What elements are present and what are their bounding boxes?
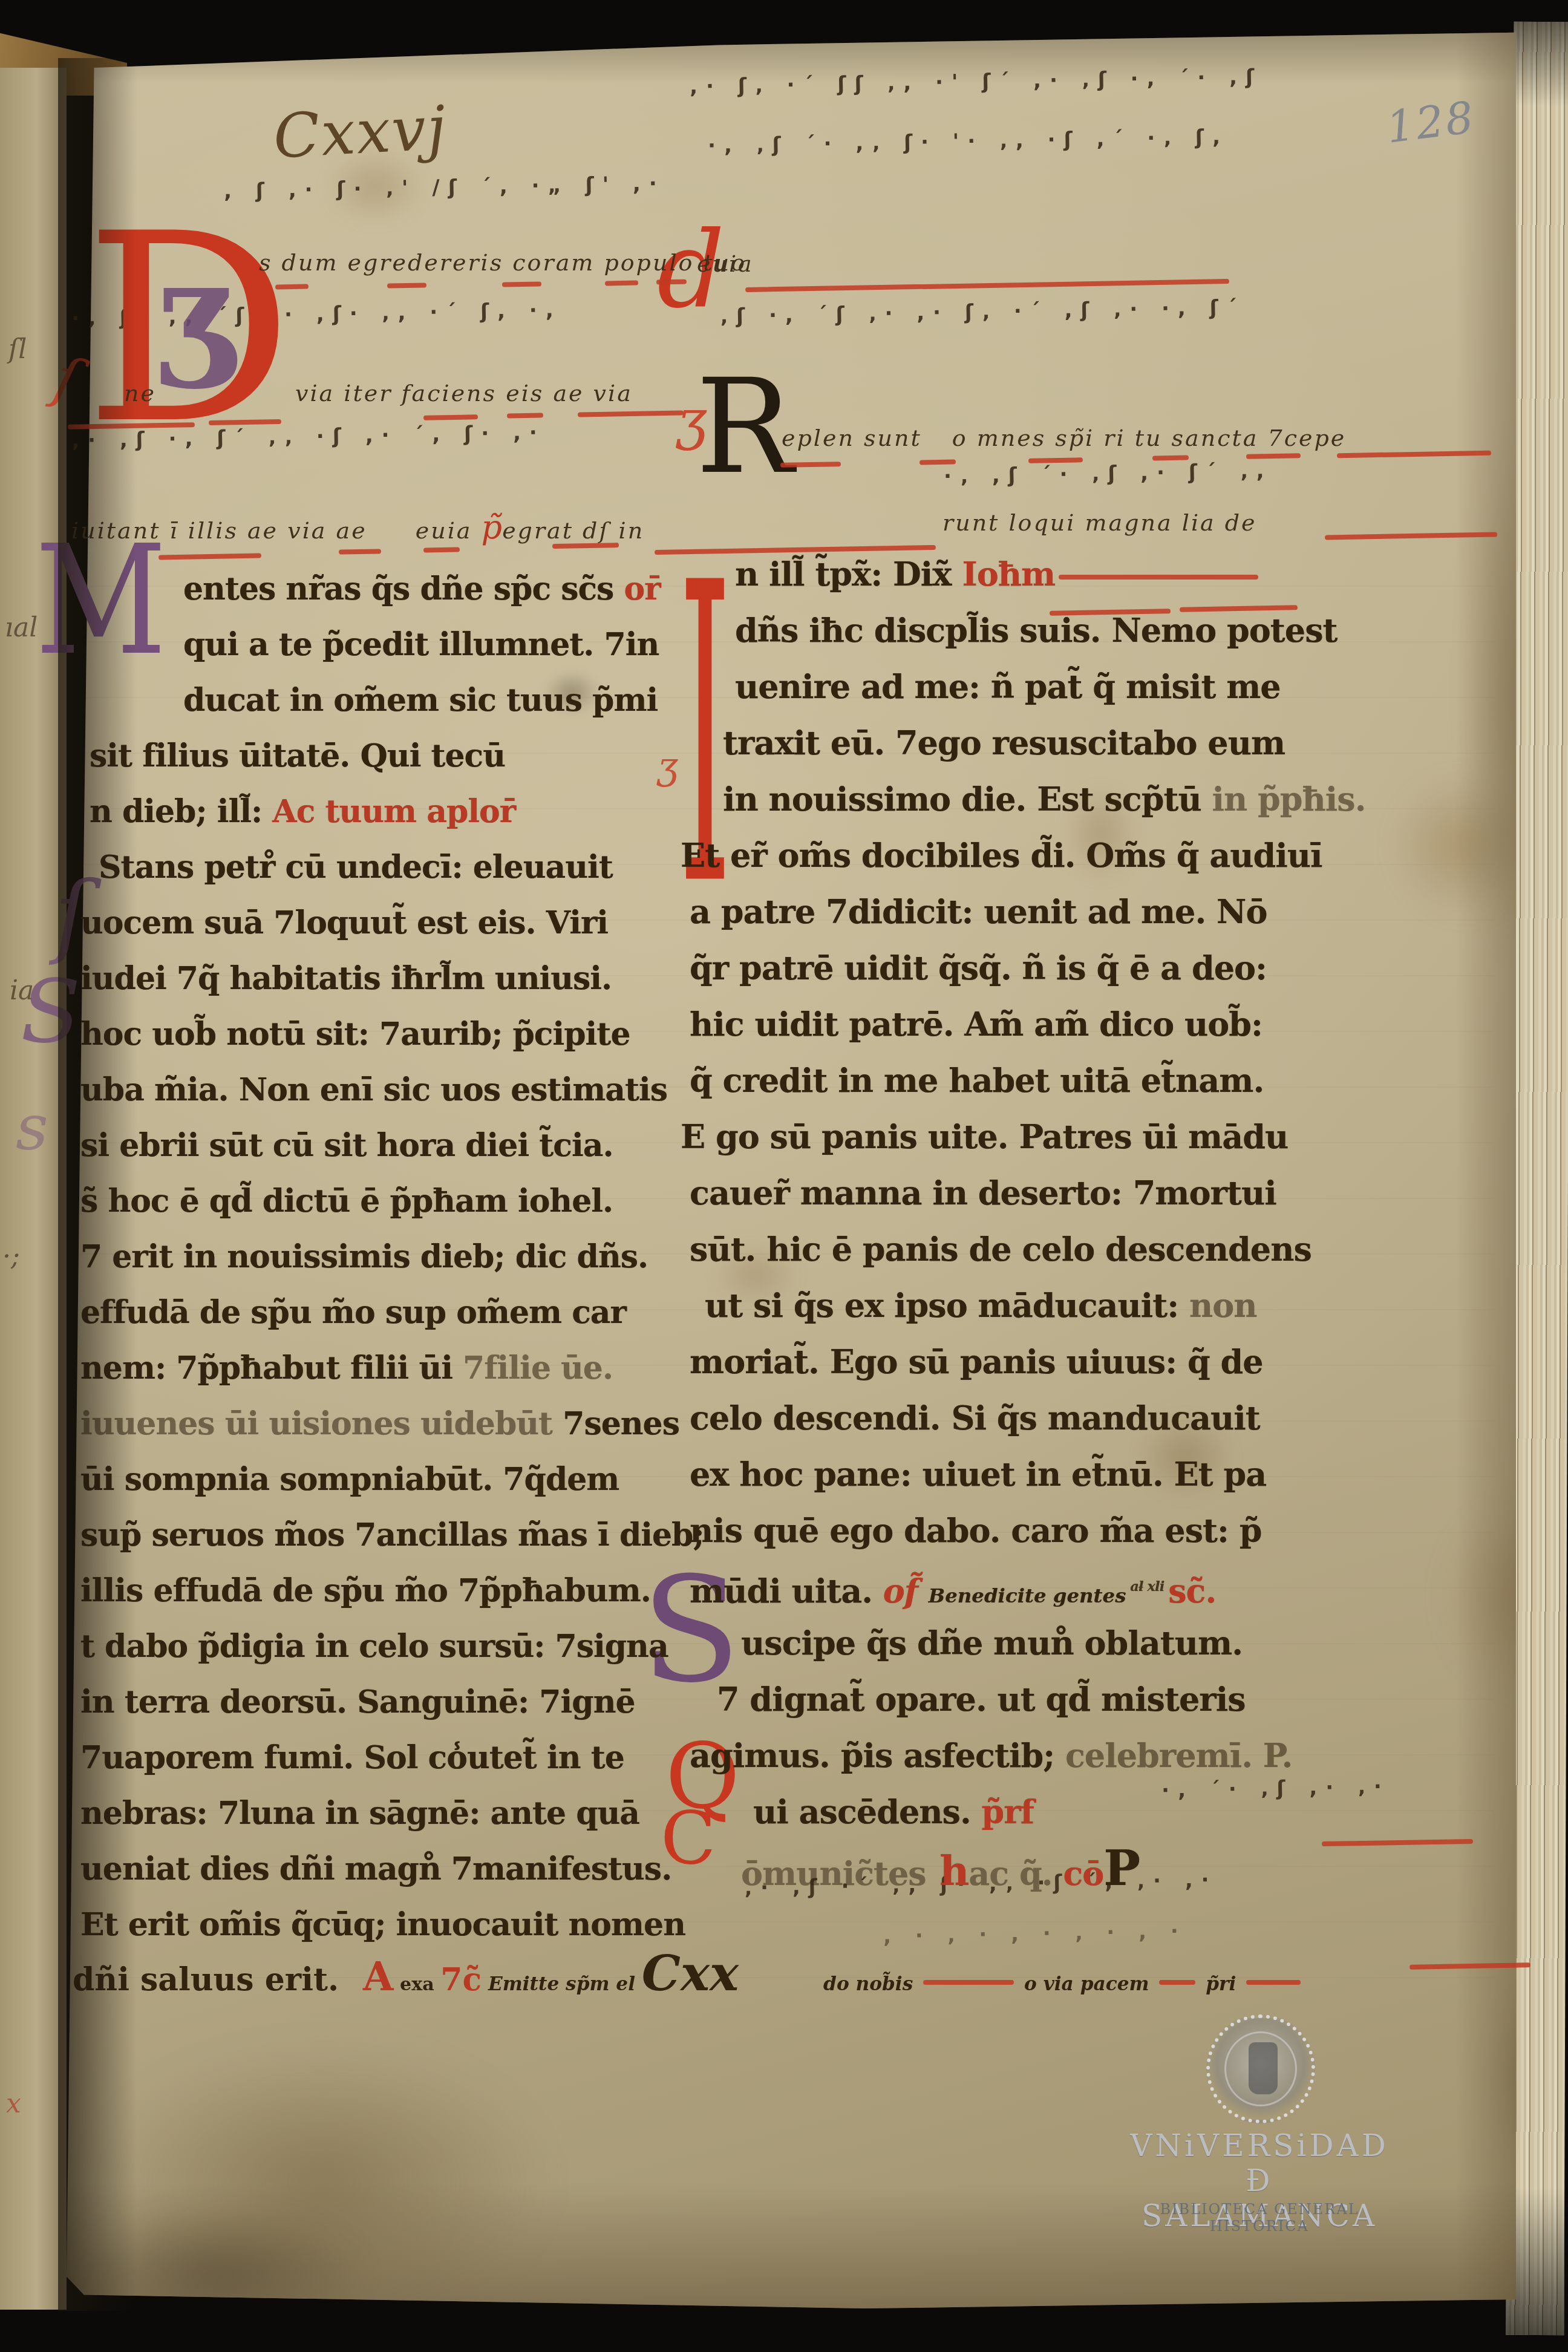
text-run: ducat in om̃em sic tuus p̃mi [183, 682, 658, 719]
text-line: q̃r patrē uidit q̃sq̃. ñ is q̃ ē a deo: [681, 940, 1503, 996]
text-line: s̃ hoc ē qd̃ dictū ē p̃pħam iohel. [80, 1174, 673, 1229]
text-line: ducat in om̃em sic tuus p̃mi [80, 673, 673, 728]
right-text-column: n ill̃ t̃px̃: Dix̃ Ioħmdñs iħc discpl̃is… [681, 546, 1503, 1896]
text-run: si ebrii sūt cū sit hora diei t̃cia. [80, 1127, 613, 1164]
text-run: 7senes [563, 1405, 679, 1442]
text-run: ut si q̃s ex ipso māducauit: [705, 1286, 1189, 1325]
text-line: ut si q̃s ex ipso māducauit: non [681, 1278, 1503, 1334]
text-run: p̃rf [982, 1792, 1034, 1831]
chant-text-line: s dum egredereris coram populo tuo [259, 249, 746, 276]
text-run: ex hoc pane: uiuet in et̃nū. Et pa [690, 1455, 1266, 1494]
text-run: Et er̃ om̃s docibiles d̃i. Om̃s q̃ audiu… [681, 836, 1322, 875]
text-run: entes nr̃as q̃s dñe sp̃c sc̃s [183, 570, 624, 607]
text-run: E go sū panis uite. Patres ūi mādu [681, 1117, 1288, 1156]
red-staff-line [502, 281, 541, 287]
text-run: Et erit om̃is q̃cūq; inuocauit nomen [80, 1906, 685, 1943]
text-run: p̃ [482, 508, 503, 546]
text-run: s̃ hoc ē qd̃ dictū ē p̃pħam iohel. [80, 1183, 613, 1220]
red-staff-line [745, 279, 1229, 292]
text-line: uscipe q̃s dñe mun̊ oblatum. [681, 1615, 1503, 1671]
text-line: Stans petr̊ cū undecī: eleuauit [80, 840, 673, 895]
red-staff-line [158, 554, 261, 560]
text-line: hoc uob̃ notū sit: 7aurib; p̃cipite [80, 1007, 673, 1062]
red-staff-line [339, 549, 381, 554]
text-run: n dieb; ill̃: [90, 793, 272, 830]
text-run: ōmunic̃tes [741, 1854, 926, 1893]
text-line: sit filius ūitatē. Qui tecū [80, 728, 673, 784]
text-run: uocem suā 7loquut̃ est eis. Viri [80, 904, 608, 941]
text-run: P [1103, 1840, 1140, 1897]
text-run: n ill̃ t̃px̃: Dix̃ [735, 555, 962, 593]
text-run: q̃ credit in me habet uitā et̃nam. [690, 1061, 1264, 1100]
text-run: iuuenes ūi uisiones uidebūt [80, 1405, 563, 1442]
neume-row: ‚ʃ ·, ´ʃ ‚· ,· ʃ‚ ·´ ,ʃ ‚· ·, ʃ´ [720, 291, 1501, 329]
text-run: qui a te p̃cedit illumnet. 7in [183, 626, 659, 663]
text-run: dñi saluus erit. [73, 1961, 339, 1998]
text-run [1059, 575, 1258, 580]
text-run: Stans petr̊ cū undecī: eleuauit [99, 849, 613, 886]
red-staff-line [1152, 455, 1189, 460]
text-run: ueniat dies dñi magn̊ 7manifestus. [80, 1851, 671, 1887]
text-run: agimus. p̃is asfectib; [690, 1736, 1065, 1775]
text-run: hic uidit patrē. Am̃ am̃ dico uob̃: [690, 1005, 1263, 1044]
initial-D-flourish: ſ [49, 349, 83, 410]
text-run: h [926, 1847, 969, 1895]
red-staff-line [552, 543, 619, 549]
text-line: traxit eū. 7ego resuscitabo eum [681, 715, 1503, 771]
text-run: traxit eū. 7ego resuscitabo eum [723, 724, 1285, 762]
text-run: ui ascēdens. [753, 1792, 982, 1831]
neume-row: ·, ‚ʃ ´· ,‚ ʃ· '· ‚, ·ʃ ,´ ·‚ ʃ, [708, 120, 1495, 158]
text-run: celebremī. P. [1065, 1736, 1292, 1775]
text-run: in nouissimo die. Est scp̃tū [723, 780, 1212, 818]
manuscript-photo: ſlıalia·;x Cxxvj 128 , ʃ ,· ʃ· ‚' /ʃ ´, … [0, 0, 1568, 2352]
text-run: o mnes sp̃i ri tu sancta 7cepe [952, 425, 1347, 451]
red-staff-line [275, 284, 309, 290]
text-line: ex hoc pane: uiuet in et̃nū. Et pa [681, 1446, 1503, 1503]
text-run: via iter faciens eis ae via [295, 380, 633, 407]
text-run: Ac tuum aplor̄ [272, 793, 515, 830]
initial-R: R [696, 362, 794, 492]
text-run: o via pacem [1018, 1973, 1155, 1995]
text-run: celo descendi. Si q̃s manducauit [690, 1399, 1260, 1437]
text-run: iuitant ī illis ae via ae [71, 517, 367, 544]
text-line: Et er̃ om̃s docibiles d̃i. Om̃s q̃ audiu… [681, 828, 1503, 884]
text-run: do nob̃is [823, 1973, 920, 1995]
text-run: 7uaporem fumi. Sol co̾utet̃ in te [80, 1739, 624, 1776]
text-run: illis effudā de sp̃u m̃o 7p̃pħabum. [80, 1572, 651, 1609]
text-line: q̃ credit in me habet uitā et̃nam. [681, 1053, 1503, 1109]
text-line: moriat̃. Ego sū panis uiuus: q̃ de [681, 1334, 1503, 1390]
red-staff-line [780, 462, 841, 468]
text-run: nis quē ego dabo. caro m̃a est: p̃ [690, 1511, 1262, 1550]
text-line: n ill̃ t̃px̃: Dix̃ Ioħm [681, 546, 1503, 603]
bottom-annotation-line: dñi saluus erit.A exa 7c̃ Emitte sp̃m el… [73, 1945, 1304, 2002]
text-run: or̄ [624, 570, 660, 607]
text-line: 7 dignat̃ opare. ut qd̃ misteris [681, 1671, 1503, 1728]
page-content: Cxxvj 128 , ʃ ,· ʃ· ‚' /ʃ ´, ·„ ʃ' ,· ·‚… [0, 0, 1568, 2352]
margin-flourish: s [16, 1096, 48, 1160]
folio-number: Cxxvj [272, 93, 449, 172]
red-staff-line [507, 413, 543, 418]
text-line: cauer̃ manna in deserto: 7mortui [681, 1165, 1503, 1221]
text-run: runt loqui magna lia de [942, 509, 1257, 536]
text-line: sūt. hic ē panis de celo descendens [681, 1221, 1503, 1278]
text-line: ūi sompnia sompniabūt. 7q̃dem [80, 1452, 673, 1508]
text-line: agimus. p̃is asfectib; celebremī. P. [681, 1728, 1503, 1784]
text-run: moriat̃. Ego sū panis uiuus: q̃ de [690, 1342, 1263, 1381]
text-run: dñs iħc discpl̃is suis. Nemo potest [735, 611, 1337, 650]
text-run [923, 1980, 1014, 1985]
red-staff-line [1410, 1962, 1530, 1969]
text-run: Cxx [642, 1945, 739, 2002]
text-line: si ebrii sūt cū sit hora diei t̃cia. [80, 1118, 673, 1174]
text-run: effudā de sp̃u m̃o sup om̃em car [80, 1294, 626, 1331]
text-line: entes nr̃as q̃s dñe sp̃c sc̃s or̄ [80, 561, 673, 617]
text-line: iuuenes ūi uisiones uidebūt 7senes [80, 1396, 673, 1452]
text-line: uocem suā 7loquut̃ est eis. Viri [80, 895, 673, 951]
text-line: iudei 7q̃ habitatis iħrl̃m uniusi. [80, 951, 673, 1007]
text-run: hoc uob̃ notū sit: 7aurib; p̃cipite [80, 1016, 630, 1053]
text-line: uenire ad me: ñ pat̃ q̃ misit me [681, 659, 1503, 715]
initial-R-flourish: ʒ [676, 393, 707, 448]
chant-text-line: runt loqui magna lia de [942, 509, 1257, 536]
text-run: cō [1063, 1854, 1103, 1893]
red-staff-line [387, 283, 426, 288]
text-run: p̃ri [1199, 1973, 1243, 1995]
text-run: egrat dſ in [502, 517, 644, 544]
red-staff-line [423, 414, 478, 420]
text-line: in nouissimo die. Est scp̃tū in p̃pħis. [681, 771, 1503, 828]
text-run: nebras: 7luna in sāgnē: ante quā [80, 1795, 639, 1832]
chant-text-line: iuitant ī illis ae via aeeuia p̃egrat dſ… [71, 508, 644, 546]
text-run: mūdi uita. [690, 1572, 883, 1610]
text-run: uba m̃ia. Non enī sic uos estimatis [80, 1071, 667, 1108]
text-line: in terra deorsū. Sanguinē: 7ignē [80, 1674, 673, 1730]
text-run: t dabo p̃digia in celo sursū: 7signa [80, 1628, 668, 1665]
text-line: t dabo p̃digia in celo sursū: 7signa [80, 1619, 673, 1674]
text-run: in p̃pħis. [1212, 780, 1365, 818]
text-line: a patre 7didicit: uenit ad me. Nō [681, 884, 1503, 940]
neume-row: ,· ʃ‚ ·´ ʃʃ ‚, ·' ʃ´ ,· ‚ʃ ·, ´· ,ʃ [690, 60, 1488, 99]
library-stamp: VNiVERSiDAD Ð SALAMANCA BIBLIOTECA GENER… [1126, 2014, 1393, 2214]
text-line: ui ascēdens. p̃rf [681, 1784, 1503, 1840]
text-run: sc̃. [1168, 1572, 1216, 1610]
text-run: sup̃ seruos m̃os 7ancillas m̃as ī dieb; [80, 1517, 704, 1553]
text-run: s dum egredereris coram populo tuo [259, 249, 746, 276]
red-staff-line [423, 547, 460, 552]
text-run: exa [394, 1974, 441, 1995]
text-run: ac q̃. [969, 1854, 1063, 1893]
text-run: a patre 7didicit: uenit ad me. Nō [690, 892, 1267, 931]
university-seal-icon [1206, 2014, 1315, 2123]
text-line: ōmunic̃tes hac q̃. cōP [681, 1840, 1503, 1896]
text-line: mūdi uita. of̃ Benedicite gentes aƚ xli … [681, 1559, 1503, 1615]
text-line: effudā de sp̃u m̃o sup om̃em car [80, 1285, 673, 1341]
chant-text-line: euia [697, 250, 754, 277]
text-run: in terra deorsū. Sanguinē: 7ignē [80, 1684, 635, 1720]
red-staff-line [1028, 457, 1083, 463]
text-run: uscipe q̃s dñe mun̊ oblatum. [741, 1624, 1243, 1662]
text-line: sup̃ seruos m̃os 7ancillas m̃as ī dieb; [80, 1508, 673, 1563]
text-line: nis quē ego dabo. caro m̃a est: p̃ [681, 1503, 1503, 1559]
text-line: nebras: 7luna in sāgnē: ante quā [80, 1786, 673, 1841]
neume-row: ·‚ ,ʃ ´· ‚ʃ ,· ʃ´ ‚, [944, 455, 1489, 489]
neume-row: , · ‚ · , · ‚ · , · [883, 1913, 1513, 1949]
text-run: iudei 7q̃ habitatis iħrl̃m uniusi. [80, 960, 612, 997]
left-text-column: entes nr̃as q̃s dñe sp̃c sc̃s or̄qui a t… [80, 561, 673, 1953]
text-run: sit filius ūitatē. Qui tecū [90, 737, 505, 774]
margin-flourish: S [21, 968, 80, 1056]
text-line: ueniat dies dñi magn̊ 7manifestus. [80, 1841, 673, 1897]
text-run: 7c̃ [440, 1961, 482, 1998]
stamp-institution: VNiVERSiDAD [1126, 2128, 1393, 2163]
text-line: uba m̃ia. Non enī sic uos estimatis [80, 1062, 673, 1118]
red-staff-line [1325, 532, 1497, 540]
text-run: uenire ad me: ñ pat̃ q̃ misit me [735, 667, 1281, 706]
text-run: euia [416, 517, 482, 544]
red-staff-line [605, 281, 638, 286]
text-run: 7 erit in nouissimis dieb; dic dñs. [80, 1238, 648, 1275]
text-line: illis effudā de sp̃u m̃o 7p̃pħabum. [80, 1563, 673, 1619]
text-line: E go sū panis uite. Patres ūi mādu [681, 1109, 1503, 1165]
red-staff-line [656, 279, 687, 285]
text-run: A [363, 1954, 393, 2000]
text-line: 7 erit in nouissimis dieb; dic dñs. [80, 1229, 673, 1285]
stamp-library: BIBLIOTECA GENERAL HISTÓRICA [1126, 2201, 1393, 2235]
text-run: aƚ xli [1126, 1579, 1168, 1595]
text-run: nem: 7p̃pħabut filii ūi [80, 1350, 463, 1387]
chant-text-line: nevia iter faciens eis ae via [124, 380, 633, 407]
red-staff-line [1246, 453, 1301, 459]
text-run [1159, 1980, 1195, 1985]
text-run: Emitte sp̃m el [482, 1973, 642, 1995]
text-run: 7 dignat̃ opare. ut qd̃ misteris [717, 1680, 1246, 1719]
text-run: eplen sunt [782, 425, 922, 451]
text-line: n dieb; ill̃: Ac tuum aplor̄ [80, 784, 673, 840]
text-run [1246, 1980, 1301, 1985]
text-run: sūt. hic ē panis de celo descendens [690, 1230, 1312, 1269]
text-run: Ioħm [962, 555, 1055, 593]
text-run: euia [697, 250, 754, 277]
text-line: qui a te p̃cedit illumnet. 7in [80, 617, 673, 673]
red-staff-line [920, 459, 956, 465]
text-run: ūi sompnia sompniabūt. 7q̃dem [80, 1461, 619, 1498]
text-run: ne [124, 380, 156, 407]
chant-text-line: eplen sunto mnes sp̃i ri tu sancta 7cepe [782, 425, 1346, 451]
text-run: Benedicite gentes [929, 1584, 1126, 1607]
text-line: celo descendi. Si q̃s manducauit [681, 1390, 1503, 1446]
text-run: 7filie ūe. [463, 1350, 613, 1387]
text-run: cauer̃ manna in deserto: 7mortui [690, 1174, 1276, 1212]
text-line: 7uaporem fumi. Sol co̾utet̃ in te [80, 1730, 673, 1786]
red-staff-line [578, 410, 684, 417]
text-line: nem: 7p̃pħabut filii ūi 7filie ūe. [80, 1341, 673, 1396]
text-run: of̃ [883, 1572, 929, 1610]
text-run: q̃r patrē uidit q̃sq̃. ñ is q̃ ē a deo: [690, 949, 1267, 987]
text-run: non [1189, 1286, 1257, 1325]
text-line: hic uidit patrē. Am̃ am̃ dico uob̃: [681, 996, 1503, 1053]
